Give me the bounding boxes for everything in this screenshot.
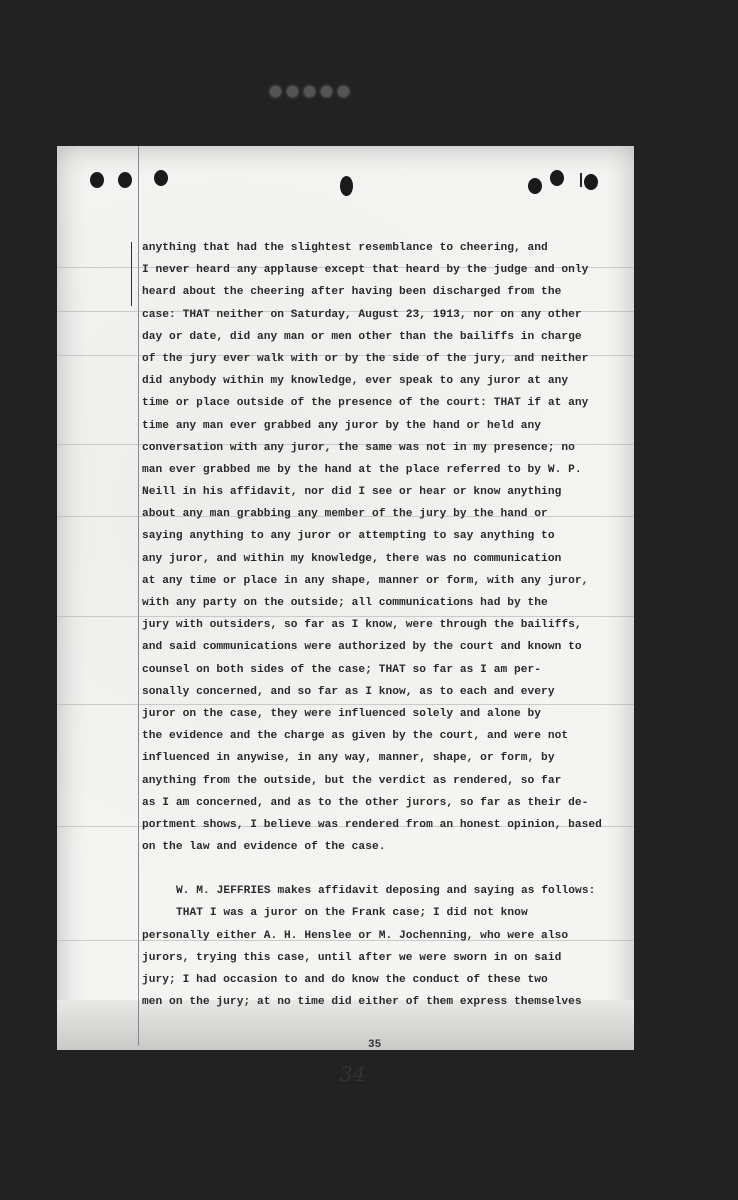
text-line: the evidence and the charge as given by … — [142, 725, 612, 747]
film-frame-marks — [270, 86, 349, 97]
text-line: of the jury ever walk with or by the sid… — [142, 348, 612, 370]
text-line: as I am concerned, and as to the other j… — [142, 792, 612, 814]
text-line: jurors, trying this case, until after we… — [142, 947, 612, 969]
text-line: men on the jury; at no time did either o… — [142, 991, 612, 1013]
text-line: at any time or place in any shape, manne… — [142, 570, 612, 592]
page-number-typed: 35 — [368, 1039, 381, 1051]
page-number-handwritten: 34 — [340, 1062, 365, 1086]
text-line: Neill in his affidavit, nor did I see or… — [142, 481, 612, 503]
text-line: anything that had the slightest resembla… — [142, 237, 612, 259]
text-line: anything from the outside, but the verdi… — [142, 770, 612, 792]
text-line: case: THAT neither on Saturday, August 2… — [142, 304, 612, 326]
text-line: heard about the cheering after having be… — [142, 281, 612, 303]
punch-hole-icon — [584, 174, 598, 190]
text-line: did anybody within my knowledge, ever sp… — [142, 370, 612, 392]
text-line: time or place outside of the presence of… — [142, 392, 612, 414]
text-line: portment shows, I believe was rendered f… — [142, 814, 612, 836]
text-line: man ever grabbed me by the hand at the p… — [142, 459, 612, 481]
text-line: THAT I was a juror on the Frank case; I … — [142, 902, 612, 924]
punch-hole-icon — [118, 172, 132, 188]
text-line: W. M. JEFFRIES makes affidavit deposing … — [142, 880, 612, 902]
punch-hole-icon — [528, 178, 542, 194]
text-line: about any man grabbing any member of the… — [142, 503, 612, 525]
text-line: I never heard any applause except that h… — [142, 259, 612, 281]
text-line: with any party on the outside; all commu… — [142, 592, 612, 614]
text-line: jury; I had occasion to and do know the … — [142, 969, 612, 991]
text-line: personally either A. H. Henslee or M. Jo… — [142, 925, 612, 947]
text-line: on the law and evidence of the case. — [142, 836, 612, 858]
text-line: day or date, did any man or men other th… — [142, 326, 612, 348]
pencil-mark — [580, 173, 582, 187]
text-line: any juror, and within my knowledge, ther… — [142, 548, 612, 570]
margin-line — [138, 146, 139, 1046]
text-line: sonally concerned, and so far as I know,… — [142, 681, 612, 703]
document-body: anything that had the slightest resembla… — [142, 237, 612, 1013]
text-line: counsel on both sides of the case; THAT … — [142, 659, 612, 681]
text-line: time any man ever grabbed any juror by t… — [142, 415, 612, 437]
text-line: conversation with any juror, the same wa… — [142, 437, 612, 459]
text-line: juror on the case, they were influenced … — [142, 703, 612, 725]
text-line: saying anything to any juror or attempti… — [142, 525, 612, 547]
text-line: jury with outsiders, so far as I know, w… — [142, 614, 612, 636]
punch-hole-icon — [154, 170, 168, 186]
text-line: influenced in anywise, in any way, manne… — [142, 747, 612, 769]
margin-bracket-mark — [131, 242, 132, 306]
text-line: and said communications were authorized … — [142, 636, 612, 658]
punch-hole-icon — [550, 170, 564, 186]
punch-hole-icon — [340, 176, 353, 196]
punch-hole-icon — [90, 172, 104, 188]
